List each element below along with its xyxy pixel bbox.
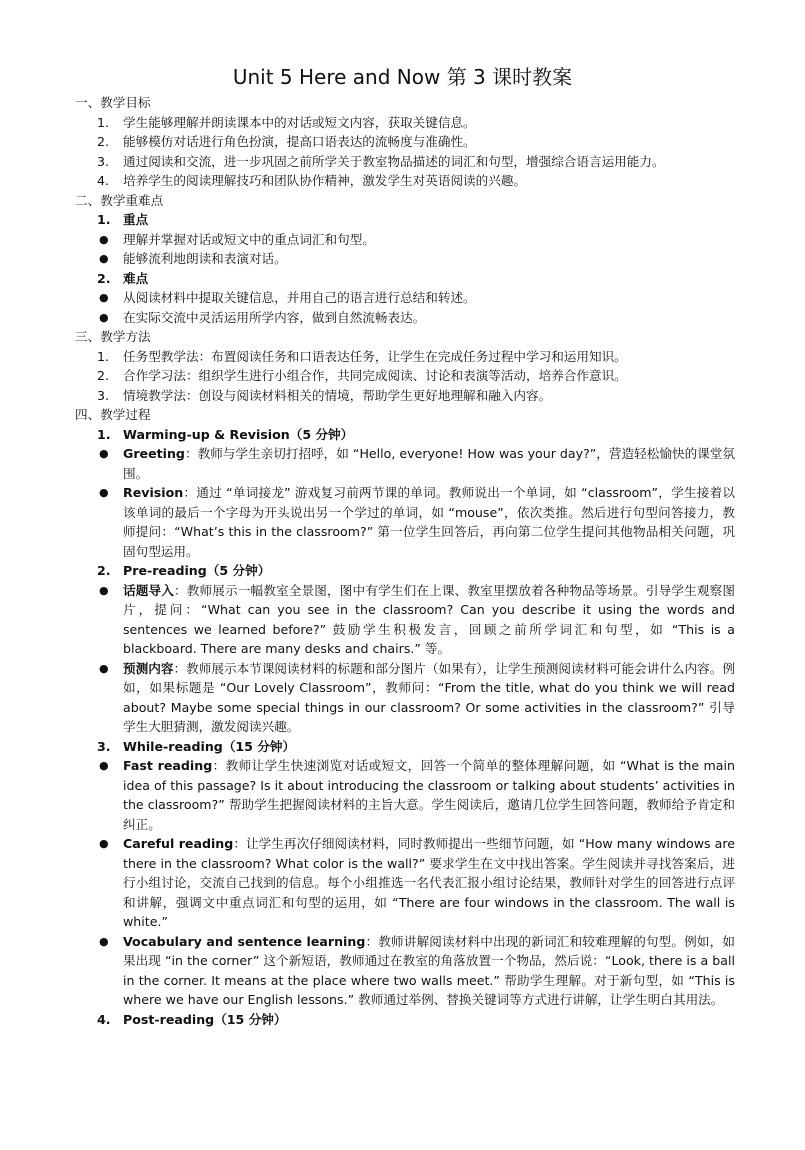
bullet-icon: ●	[99, 249, 113, 269]
document-body: 一、教学目标 1.学生能够理解并朗读课本中的对话或短文内容，获取关键信息。 2.…	[75, 93, 735, 1029]
step-heading: 3.While-reading（15 分钟）	[75, 737, 735, 757]
item-lead: Careful reading	[123, 836, 233, 851]
bullet-icon: ●	[99, 483, 113, 503]
document-page: Unit 5 Here and Now 第 3 课时教案 一、教学目标 1.学生…	[0, 0, 805, 1150]
bullet-icon: ●	[99, 834, 113, 854]
bullet-icon: ●	[99, 444, 113, 464]
list-item: 3.通过阅读和交流，进一步巩固之前所学关于教室物品描述的词汇和句型，增强综合语言…	[75, 152, 735, 172]
item-lead: Revision	[123, 485, 183, 500]
bullet-icon: ●	[99, 932, 113, 952]
list-item: 3.情境教学法：创设与阅读材料相关的情境，帮助学生更好地理解和融入内容。	[75, 386, 735, 406]
bullet-item: ●能够流利地朗读和表演对话。	[75, 249, 735, 269]
bullet-icon: ●	[99, 659, 113, 679]
item-lead: 预测内容	[123, 661, 173, 676]
item-lead: Greeting	[123, 446, 185, 461]
bullet-item: ●Greeting：教师与学生亲切打招呼，如 “Hello, everyone!…	[75, 444, 735, 483]
step-heading: 1.Warming-up & Revision（5 分钟）	[75, 425, 735, 445]
bullet-icon: ●	[99, 288, 113, 308]
bullet-item: ●Fast reading：教师让学生快速浏览对话或短文，回答一个简单的整体理解…	[75, 756, 735, 834]
bullet-item: ●Careful reading：让学生再次仔细阅读材料，同时教师提出一些细节问…	[75, 834, 735, 932]
bullet-icon: ●	[99, 308, 113, 328]
item-lead: Vocabulary and sentence learning	[123, 934, 365, 949]
list-item: 1.任务型教学法：布置阅读任务和口语表达任务，让学生在完成任务过程中学习和运用知…	[75, 347, 735, 367]
bullet-item: ●话题导入：教师展示一幅教室全景图，图中有学生们在上课、教室里摆放着各种物品等场…	[75, 581, 735, 659]
list-item: 4.培养学生的阅读理解技巧和团队协作精神，激发学生对英语阅读的兴趣。	[75, 171, 735, 191]
section-heading-objectives: 一、教学目标	[75, 93, 735, 113]
bullet-icon: ●	[99, 581, 113, 601]
bullet-icon: ●	[99, 230, 113, 250]
list-item: 2.合作学习法：组织学生进行小组合作，共同完成阅读、讨论和表演等活动，培养合作意…	[75, 366, 735, 386]
bullet-icon: ●	[99, 756, 113, 776]
bullet-item: ●在实际交流中灵活运用所学内容，做到自然流畅表达。	[75, 308, 735, 328]
section-heading-key-points: 二、教学重难点	[75, 191, 735, 211]
item-lead: 话题导入	[123, 583, 174, 598]
bullet-item: ●Revision：通过 “单词接龙” 游戏复习前两节课的单词。教师说出一个单词…	[75, 483, 735, 561]
bullet-item: ●预测内容：教师展示本节课阅读材料的标题和部分图片（如果有），让学生预测阅读材料…	[75, 659, 735, 737]
bullet-item: ●理解并掌握对话或短文中的重点词汇和句型。	[75, 230, 735, 250]
step-heading: 2.Pre-reading（5 分钟）	[75, 561, 735, 581]
subheading-difficult: 2.难点	[75, 269, 735, 289]
section-heading-process: 四、教学过程	[75, 405, 735, 425]
bullet-item: ●Vocabulary and sentence learning：教师讲解阅读…	[75, 932, 735, 1010]
document-title: Unit 5 Here and Now 第 3 课时教案	[0, 64, 805, 90]
section-heading-methods: 三、教学方法	[75, 327, 735, 347]
item-lead: Fast reading	[123, 758, 212, 773]
subheading-key: 1.重点	[75, 210, 735, 230]
step-heading: 4.Post-reading（15 分钟）	[75, 1010, 735, 1030]
bullet-item: ●从阅读材料中提取关键信息，并用自己的语言进行总结和转述。	[75, 288, 735, 308]
list-item: 1.学生能够理解并朗读课本中的对话或短文内容，获取关键信息。	[75, 113, 735, 133]
list-item: 2.能够模仿对话进行角色扮演，提高口语表达的流畅度与准确性。	[75, 132, 735, 152]
